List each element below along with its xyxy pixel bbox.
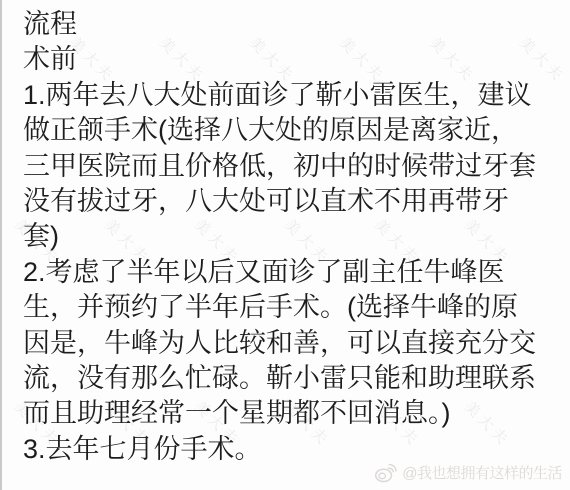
- text-line: 三甲医院而且价格低，初中的时候带过牙套: [23, 149, 566, 184]
- text-line: 做正颌手术(选择八大处的原因是离家近，: [23, 113, 566, 148]
- text-line: 而且助理经常一个星期都不回消息。): [23, 396, 566, 431]
- text-line: 套): [23, 219, 566, 254]
- text-line: 生，并预约了半年后手术。(选择牛峰的原: [23, 290, 566, 325]
- text-line: 1.两年去八大处前面诊了靳小雷医生，建议: [23, 78, 566, 113]
- weibo-icon: [374, 461, 397, 484]
- text-line: 因是，牛峰为人比较和善，可以直接充分交: [23, 326, 566, 361]
- attribution-watermark: @我也想拥有这样的生活: [374, 461, 562, 484]
- text-line: 2.考虑了半年以后又面诊了副主任牛峰医: [23, 255, 566, 290]
- text-line: 没有拔过牙，八大处可以直术不用再带牙: [23, 184, 566, 219]
- left-edge-line: [0, 0, 2, 490]
- attribution-handle: @我也想拥有这样的生活: [402, 462, 562, 483]
- post-text: 流程术前1.两年去八大处前面诊了靳小雷医生，建议做正颌手术(选择八大处的原因是离…: [23, 7, 566, 467]
- text-line: 流，没有那么忙碌。靳小雷只能和助理联系: [23, 361, 566, 396]
- text-line: 流程: [23, 7, 566, 42]
- text-line: 术前: [23, 42, 566, 77]
